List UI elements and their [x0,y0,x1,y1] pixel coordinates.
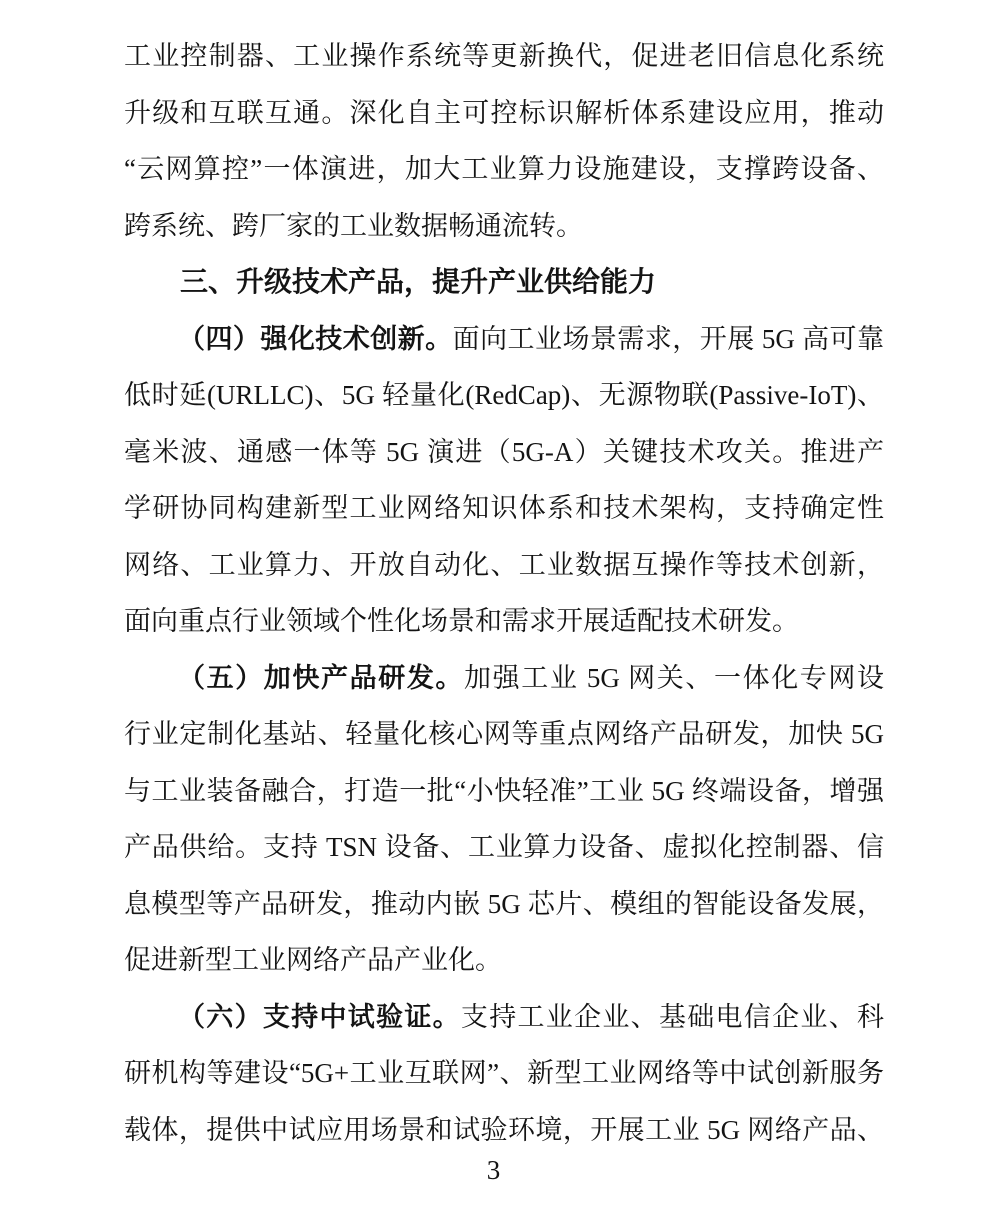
line-text: 产品供给。支持 TSN 设备、工业算力设备、虚拟化控制器、信 [124,832,884,862]
body-text-line: 息模型等产品研发，推动内嵌 5G 芯片、模组的智能设备发展， [124,876,884,933]
line-text: 支持工业企业、基础电信企业、科 [461,1002,884,1032]
line-text: 面向重点行业领域个性化场景和需求开展适配技术研发。 [124,606,799,636]
paragraph-title: （四）强化技术创新。 [178,324,453,354]
body-text-line: 促进新型工业网络产品产业化。 [124,932,884,989]
body-text-line: 低时延(URLLC)、5G 轻量化(RedCap)、无源物联(Passive-I… [124,367,884,424]
paragraph-first-line: （四）强化技术创新。面向工业场景需求，开展 5G 高可靠 [124,311,884,368]
line-text: “云网算控”一体演进，加大工业算力设施建设，支撑跨设备、 [124,154,884,184]
body-text-line: 研机构等建设“5G+工业互联网”、新型工业网络等中试创新服务 [124,1045,884,1102]
line-text: 行业定制化基站、轻量化核心网等重点网络产品研发，加快 5G [124,719,884,749]
page-number: 3 [0,1150,987,1190]
line-text: 低时延(URLLC)、5G 轻量化(RedCap)、无源物联(Passive-I… [124,380,884,410]
body-text-line: 面向重点行业领域个性化场景和需求开展适配技术研发。 [124,593,884,650]
line-text: 跨系统、跨厂家的工业数据畅通流转。 [124,211,583,241]
body-text-line: 工业控制器、工业操作系统等更新换代，促进老旧信息化系统 [124,28,884,85]
body-text-line: 升级和互联互通。深化自主可控标识解析体系建设应用，推动 [124,85,884,142]
document-page: 工业控制器、工业操作系统等更新换代，促进老旧信息化系统 升级和互联互通。深化自主… [0,0,997,1221]
body-text-line: 网络、工业算力、开放自动化、工业数据互操作等技术创新， [124,537,884,594]
line-text: 学研协同构建新型工业网络知识体系和技术架构，支持确定性 [124,493,884,523]
paragraph-title: （六）支持中试验证。 [178,1002,461,1032]
body-text-line: 产品供给。支持 TSN 设备、工业算力设备、虚拟化控制器、信 [124,819,884,876]
body-text-line: “云网算控”一体演进，加大工业算力设施建设，支撑跨设备、 [124,141,884,198]
paragraph-first-line: （六）支持中试验证。支持工业企业、基础电信企业、科 [124,989,884,1046]
line-text: 研机构等建设“5G+工业互联网”、新型工业网络等中试创新服务 [124,1058,884,1088]
body-text-line: 与工业装备融合，打造一批“小快轻准”工业 5G 终端设备，增强 [124,763,884,820]
body-text-line: 学研协同构建新型工业网络知识体系和技术架构，支持确定性 [124,480,884,537]
paragraph-first-line: （五）加快产品研发。加强工业 5G 网关、一体化专网设备、 [124,650,884,707]
line-text: 息模型等产品研发，推动内嵌 5G 芯片、模组的智能设备发展， [124,889,884,919]
line-text: 毫米波、通感一体等 5G 演进（5G-A）关键技术攻关。推进产 [124,437,884,467]
line-text: 升级和互联互通。深化自主可控标识解析体系建设应用，推动 [124,98,884,128]
body-text-line: 毫米波、通感一体等 5G 演进（5G-A）关键技术攻关。推进产 [124,424,884,481]
line-text: 载体，提供中试应用场景和试验环境，开展工业 5G 网络产品、 [124,1115,884,1145]
line-text: 网络、工业算力、开放自动化、工业数据互操作等技术创新， [124,550,884,580]
paragraph-title: （五）加快产品研发。 [178,663,464,693]
body-text-line: 跨系统、跨厂家的工业数据畅通流转。 [124,198,884,255]
line-text: 促进新型工业网络产品产业化。 [124,945,502,975]
body-text-line: 行业定制化基站、轻量化核心网等重点网络产品研发，加快 5G [124,706,884,763]
line-text: 工业控制器、工业操作系统等更新换代，促进老旧信息化系统 [124,41,884,71]
line-text: 与工业装备融合，打造一批“小快轻准”工业 5G 终端设备，增强 [124,776,884,806]
section-heading: 三、升级技术产品，提升产业供给能力 [124,254,884,311]
line-text: 面向工业场景需求，开展 5G 高可靠 [453,324,884,354]
section-heading-text: 三、升级技术产品，提升产业供给能力 [180,266,656,297]
